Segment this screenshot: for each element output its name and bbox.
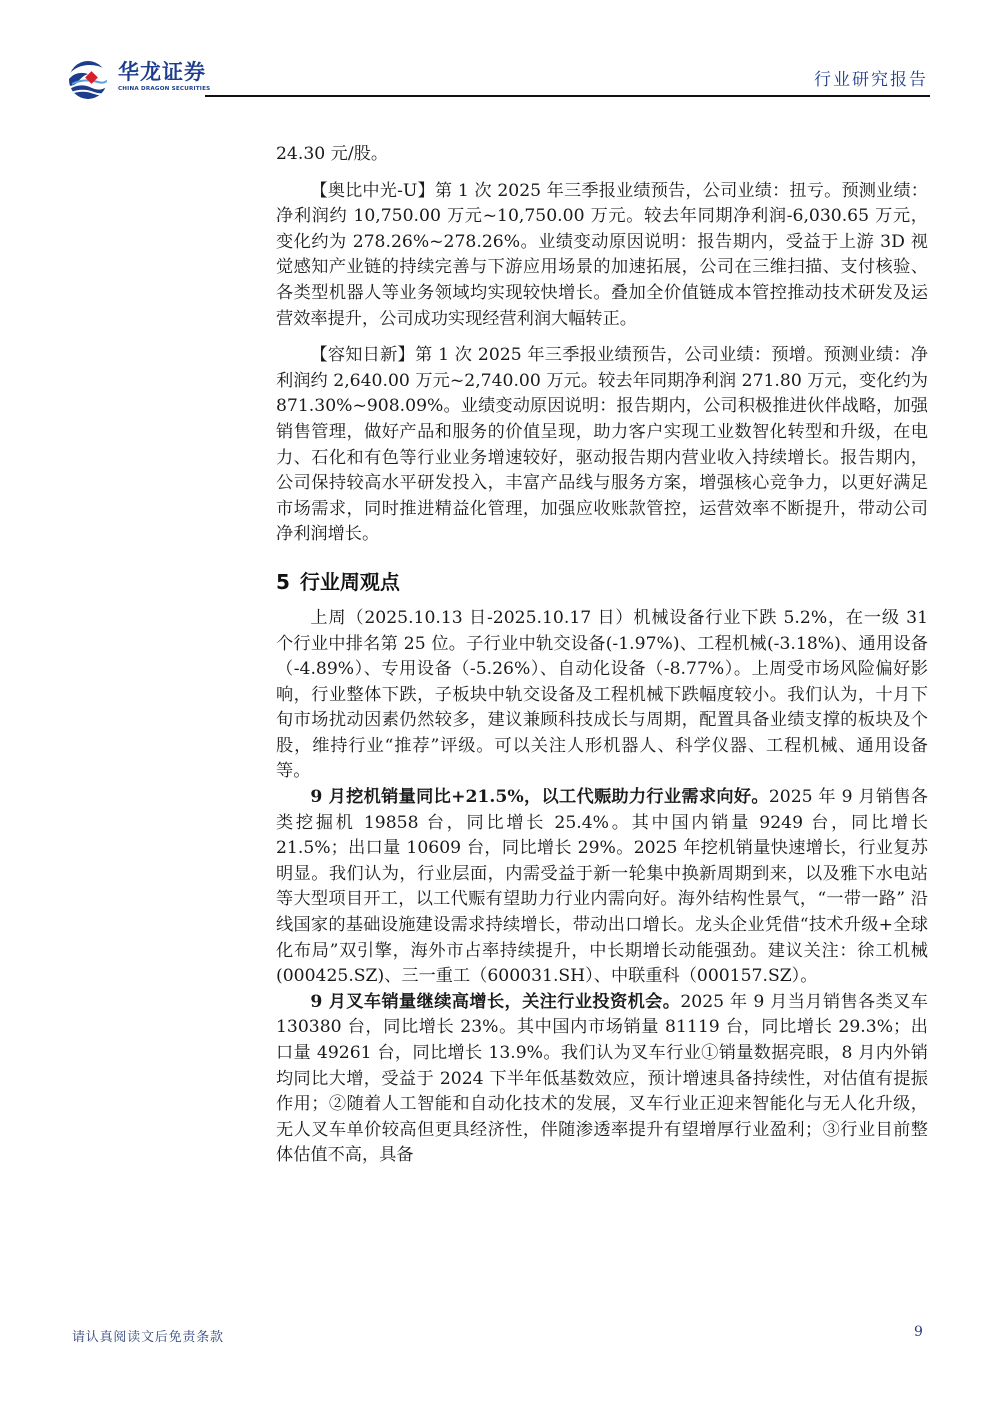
forklift-text: 2025 年 9 月当月销售各类叉车 130380 台，同比增长 23%。其中国… — [276, 992, 928, 1166]
paragraph-ronds-forecast: 【容知日新】第 1 次 2025 年三季报业绩预告，公司业绩：预增。预测业绩：净… — [276, 343, 928, 548]
paragraph-orbbec-forecast: 【奥比中光-U】第 1 次 2025 年三季报业绩预告，公司业绩：扭亏。预测业绩… — [276, 179, 928, 333]
paragraph-price-tail: 24.30 元/股。 — [276, 142, 928, 168]
page-number: 9 — [914, 1324, 923, 1340]
header-divider — [205, 95, 930, 97]
brand-name-cn: 华龙证券 — [118, 60, 206, 84]
brand-name-en: CHINA DRAGON SECURITIES — [118, 86, 210, 92]
section-title: 行业周观点 — [300, 570, 400, 594]
report-type-label: 行业研究报告 — [814, 70, 928, 90]
disclaimer-note: 请认真阅读文后免责条款 — [72, 1326, 224, 1345]
page-header: 华龙证券 CHINA DRAGON SECURITIES 行业研究报告 — [0, 0, 1000, 110]
paragraph-excavator: 9 月挖机销量同比+21.5%，以工代赈助力行业需求向好。2025 年 9 月销… — [276, 785, 928, 990]
section-heading: 5行业周观点 — [276, 568, 928, 596]
paragraph-forklift: 9 月叉车销量继续高增长，关注行业投资机会。2025 年 9 月当月销售各类叉车… — [276, 990, 928, 1169]
china-dragon-logo-icon — [68, 60, 108, 100]
paragraph-weekly-review: 上周（2025.10.13 日-2025.10.17 日）机械设备行业下跌 5.… — [276, 606, 928, 785]
forklift-lead: 9 月叉车销量继续高增长，关注行业投资机会。 — [310, 992, 680, 1012]
section-number: 5 — [276, 570, 290, 594]
document-body: 24.30 元/股。 【奥比中光-U】第 1 次 2025 年三季报业绩预告，公… — [276, 142, 928, 1169]
excavator-lead: 9 月挖机销量同比+21.5%，以工代赈助力行业需求向好。 — [310, 787, 768, 807]
excavator-text: 2025 年 9 月销售各类挖掘机 19858 台，同比增长 25.4%。其中国… — [276, 787, 928, 986]
